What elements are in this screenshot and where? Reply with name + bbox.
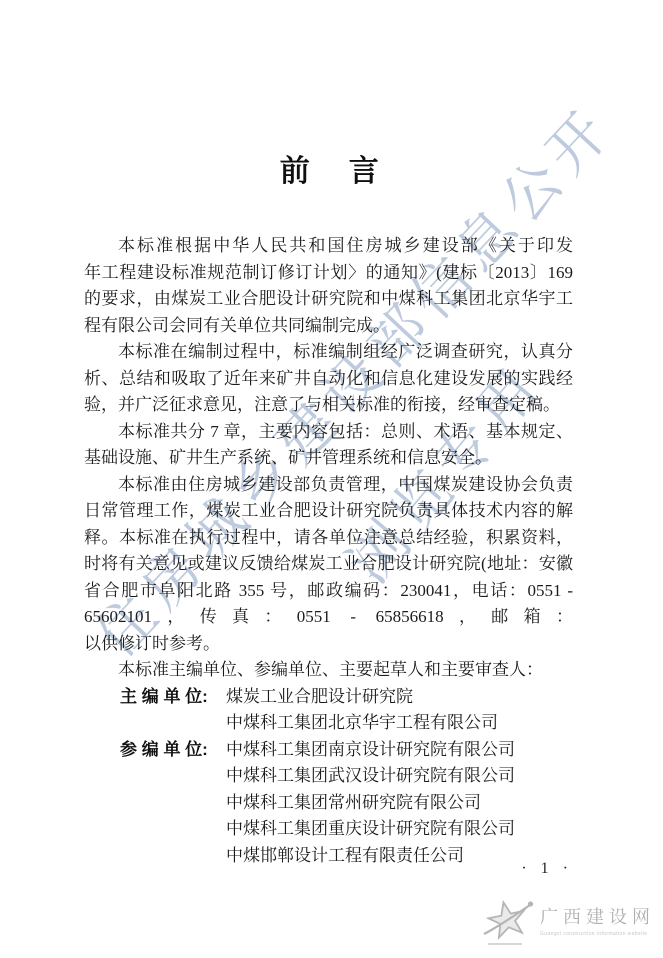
document-page: 住房城乡建设部信息公开 浏览专用 前 言 本标准根据中华人民共和国住房城乡建设部… — [0, 0, 663, 958]
body-line: 本标准在编制过程中，标准编制组经广泛调查研究，认真分 — [84, 339, 573, 366]
editor-organization: 中煤科工集团北京华宇工程有限公司 — [226, 710, 573, 737]
body-line: 程有限公司会同有关单位共同编制完成。 — [84, 313, 573, 340]
editor-role-label: 参 编 单 位: — [120, 737, 226, 764]
body-line: 本标准由住房城乡建设部负责管理，中国煤炭建设协会负责 — [84, 472, 573, 499]
star-swoosh-icon — [480, 894, 536, 946]
logo-microtext-bar — [488, 943, 522, 945]
body-line: 本标准根据中华人民共和国住房城乡建设部《关于印发〈2014 — [84, 233, 573, 260]
editor-row: 参 编 单 位: 中煤科工集团南京设计研究院有限公司 — [84, 737, 573, 764]
editor-organization: 中煤科工集团南京设计研究院有限公司 — [226, 737, 573, 764]
editor-row: 主 编 单 位: 煤炭工业合肥设计研究院 — [84, 684, 573, 711]
editor-role-label — [120, 763, 226, 790]
site-logo: 广西建设网 Guangxi construction information w… — [480, 894, 655, 946]
body-line: 65602101，传真：0551 - 65856618，邮箱：htj560211… — [84, 604, 573, 631]
logo-tagline: Guangxi construction information website — [540, 931, 655, 937]
editor-organization: 中煤科工集团常州研究院有限公司 — [226, 790, 573, 817]
body-line: 年工程建设标准规范制订修订计划〉的通知》(建标〔2013〕169 号) — [84, 260, 573, 287]
page-title: 前 言 — [0, 146, 663, 190]
editor-row: 中煤科工集团重庆设计研究院有限公司 — [84, 816, 573, 843]
editor-organization: 中煤科工集团重庆设计研究院有限公司 — [226, 816, 573, 843]
editor-role-label — [120, 710, 226, 737]
editor-organization: 煤炭工业合肥设计研究院 — [226, 684, 573, 711]
body-line: 本标准共分 7 章，主要内容包括：总则、术语、基本规定、信息 — [84, 419, 573, 446]
editor-row: 中煤科工集团北京华宇工程有限公司 — [84, 710, 573, 737]
editor-role-label — [120, 816, 226, 843]
body-line: 日常管理工作，煤炭工业合肥设计研究院负责具体技术内容的解 — [84, 498, 573, 525]
body-line: 析、总结和吸取了近年来矿井自动化和信息化建设发展的实践经 — [84, 366, 573, 393]
editor-row: 中煤科工集团武汉设计研究院有限公司 — [84, 763, 573, 790]
body-line: 本标准主编单位、参编单位、主要起草人和主要审查人： — [84, 657, 573, 684]
editor-organization: 中煤科工集团武汉设计研究院有限公司 — [226, 763, 573, 790]
editor-units-list: 主 编 单 位: 煤炭工业合肥设计研究院 中煤科工集团北京华宇工程有限公司 参 … — [84, 684, 573, 870]
logo-text-block: 广西建设网 Guangxi construction information w… — [540, 903, 655, 937]
body-line: 省合肥市阜阳北路 355 号，邮政编码：230041，电话：0551 - — [84, 578, 573, 605]
body-lines-list: 本标准根据中华人民共和国住房城乡建设部《关于印发〈2014 年工程建设标准规范制… — [84, 233, 573, 684]
body-line: 基础设施、矿井生产系统、矿井管理系统和信息安全。 — [84, 445, 573, 472]
body-line: 以供修订时参考。 — [84, 631, 573, 658]
editor-row: 中煤科工集团常州研究院有限公司 — [84, 790, 573, 817]
body-text: 本标准根据中华人民共和国住房城乡建设部《关于印发〈2014 年工程建设标准规范制… — [84, 233, 573, 869]
body-line: 的要求，由煤炭工业合肥设计研究院和中煤科工集团北京华宇工 — [84, 286, 573, 313]
body-line: 时将有关意见或建议反馈给煤炭工业合肥设计研究院(地址：安徽 — [84, 551, 573, 578]
logo-site-name: 广西建设网 — [540, 903, 655, 929]
editor-role-label — [120, 790, 226, 817]
page-number: · 1 · — [84, 860, 573, 878]
body-line: 验，并广泛征求意见，注意了与相关标准的衔接，经审查定稿。 — [84, 392, 573, 419]
body-line: 释。本标准在执行过程中，请各单位注意总结经验，积累资料，随 — [84, 525, 573, 552]
editor-role-label: 主 编 单 位: — [120, 684, 226, 711]
